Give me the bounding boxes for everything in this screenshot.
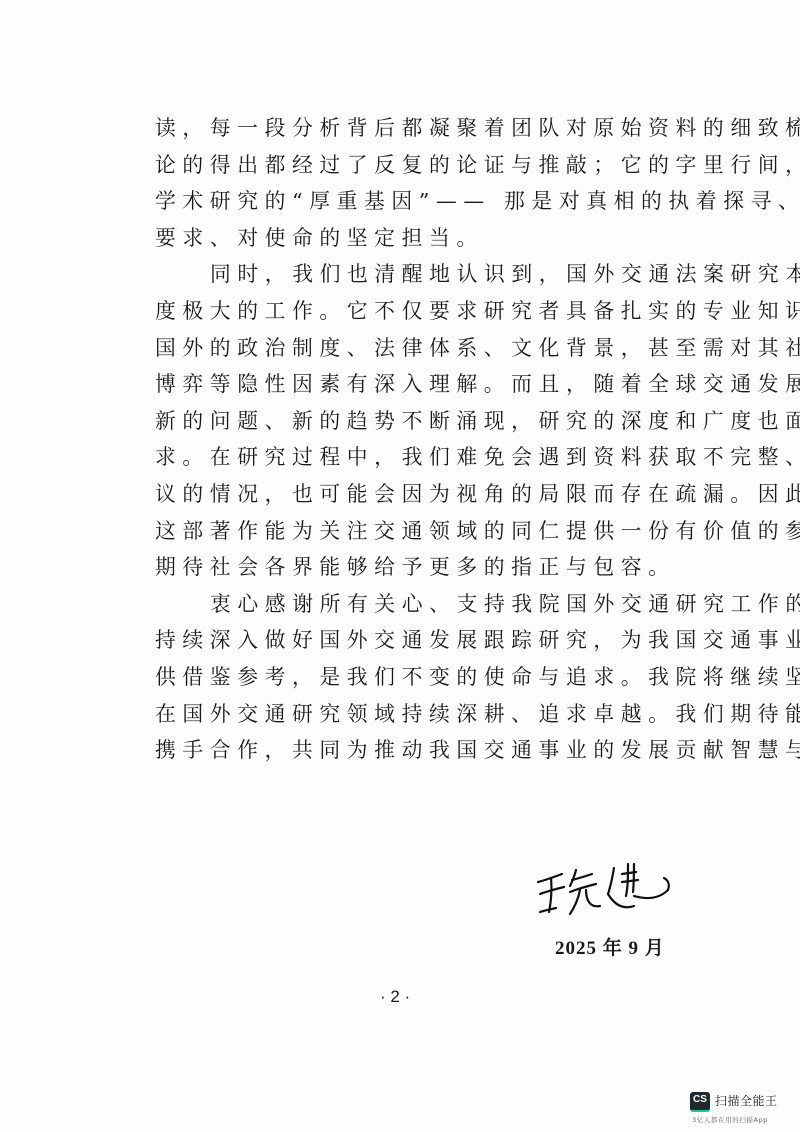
text-line: 博弈等隐性因素有深入理解。而且，随着全球交通发展格局的变化，	[155, 366, 708, 403]
text-line: 期待社会各界能够给予更多的指正与包容。	[155, 549, 708, 586]
text-line: 学术研究的“厚重基因”—— 那是对真相的执着探寻、对质量的严格	[155, 183, 708, 220]
text-line: 新的问题、新的趋势不断涌现，研究的深度和广度也面临着更高要	[155, 403, 708, 440]
document-page: 读，每一段分析背后都凝聚着团队对原始资料的细致梳理，每一个结 论的得出都经过了反…	[0, 0, 800, 1132]
text-line: 衷心感谢所有关心、支持我院国外交通研究工作的领导与同仁。	[155, 586, 708, 623]
text-line: 持续深入做好国外交通发展跟踪研究，为我国交通事业高质量发展提	[155, 622, 708, 659]
watermark-tagline: 3亿人都在用的扫描App	[692, 1115, 768, 1124]
text-line: 求。在研究过程中，我们难免会遇到资料获取不完整、政策解读有争	[155, 439, 708, 476]
text-line: 读，每一段分析背后都凝聚着团队对原始资料的细致梳理，每一个结	[155, 110, 708, 147]
text-line: 议的情况，也可能会因为视角的局限而存在疏漏。因此，我们既希望	[155, 476, 708, 513]
text-line: 要求、对使命的坚定担当。	[155, 220, 708, 257]
text-line: 度极大的工作。它不仅要求研究者具备扎实的专业知识，还需要熟悉	[155, 293, 708, 330]
text-line: 在国外交通研究领域持续深耕、追求卓越。我们期待能够与更多同行	[155, 696, 708, 733]
handwritten-signature: 王先进	[530, 860, 690, 920]
page-number: · 2 ·	[380, 987, 410, 1007]
text-line: 这部著作能为关注交通领域的同仁提供一份有价值的参考，也恳切地	[155, 513, 708, 550]
document-date: 2025 年 9 月	[555, 933, 665, 960]
text-line: 论的得出都经过了反复的论证与推敲；它的字里行间，都流淌着我院	[155, 147, 708, 184]
camscanner-watermark: CS 扫描全能王 3亿人都在用的扫描App	[690, 1090, 800, 1130]
watermark-app-name: 扫描全能王	[715, 1092, 778, 1109]
text-line: 同时，我们也清醒地认识到，国外交通法案研究本身就是一项难	[155, 256, 708, 293]
camscanner-logo-icon: CS	[690, 1092, 710, 1112]
text-line: 携手合作，共同为推动我国交通事业的发展贡献智慧与力量。	[155, 732, 708, 769]
text-line: 供借鉴参考，是我们不变的使命与追求。我院将继续坚守这份使命，	[155, 659, 708, 696]
body-text: 读，每一段分析背后都凝聚着团队对原始资料的细致梳理，每一个结 论的得出都经过了反…	[155, 110, 708, 769]
text-line: 国外的政治制度、法律体系、文化背景，甚至需对其社会舆论、利益	[155, 330, 708, 367]
